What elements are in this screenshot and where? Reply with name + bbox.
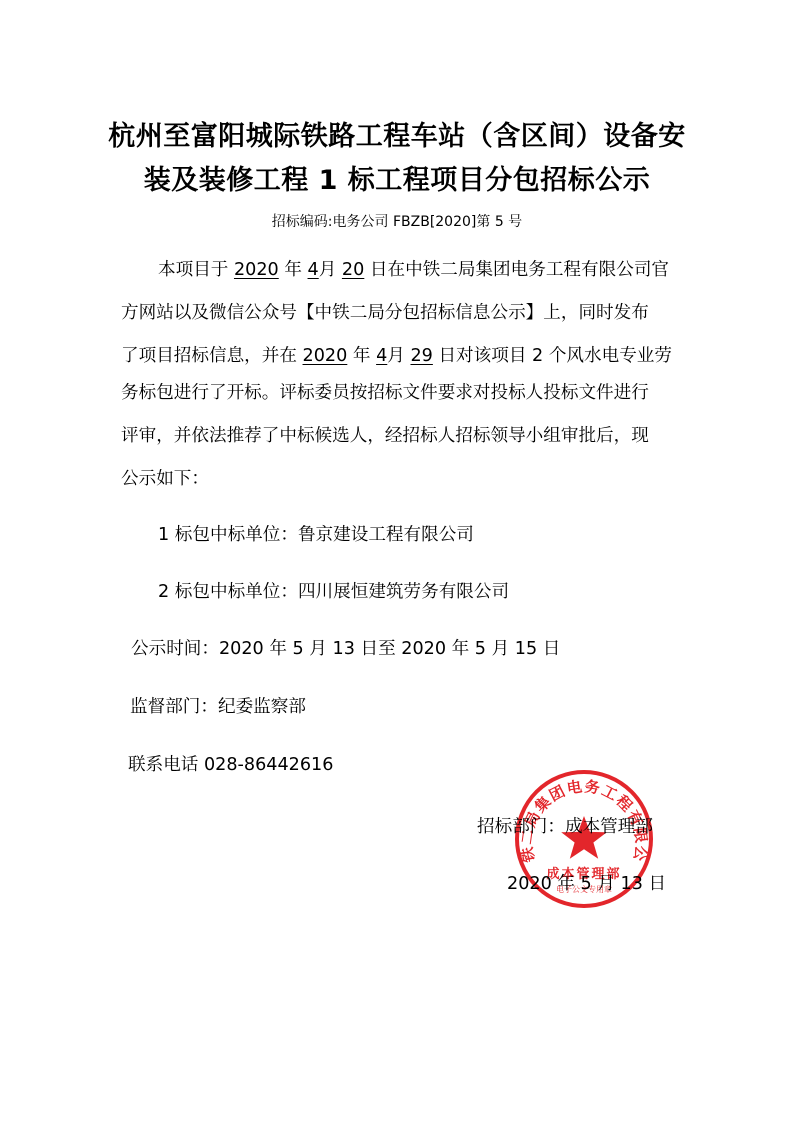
opening-month: 4 — [376, 346, 387, 366]
opening-year: 2020 — [303, 346, 348, 366]
title-line-2: 装及装修工程 1 标工程项目分包招标公示 — [0, 158, 794, 197]
text: 本项目于 — [158, 260, 234, 280]
winner-label: 1 标包中标单位： — [158, 525, 298, 545]
tender-department: 招标部门：成本管理部 — [477, 813, 653, 838]
announce-day: 20 — [342, 260, 364, 280]
publicity-period: 公示时间：2020 年 5 月 13 日至 2020 年 5 月 15 日 — [131, 639, 560, 659]
text: 年 — [279, 260, 308, 280]
winner-2: 2 标包中标单位：四川展恒建筑劳务有限公司 — [158, 582, 509, 602]
winner-company: 鲁京建设工程有限公司 — [298, 525, 474, 545]
body-line-1: 本项目于 2020 年 4月 20 日在中铁二局集团电务工程有限公司官 — [158, 260, 669, 280]
text: 月 — [319, 260, 342, 280]
text: 月 — [387, 346, 410, 366]
title-line-1: 杭州至富阳城际铁路工程车站（含区间）设备安 — [0, 114, 794, 153]
bid-code: 招标编码:电务公司 FBZB[2020]第 5 号 — [0, 211, 794, 231]
winner-label: 2 标包中标单位： — [158, 582, 298, 602]
supervision-department: 监督部门：纪委监察部 — [130, 697, 306, 717]
document-page: 杭州至富阳城际铁路工程车站（含区间）设备安 装及装修工程 1 标工程项目分包招标… — [0, 0, 794, 1123]
body-line-3: 了项目招标信息，并在 2020 年 4月 29 日对该项目 2 个风水电专业劳 — [121, 346, 672, 366]
body-line-2: 方网站以及微信公众号【中铁二局分包招标信息公示】上，同时发布 — [121, 303, 649, 323]
text: 年 — [347, 346, 376, 366]
body-line-4: 务标包进行了开标。评标委员按招标文件要求对投标人投标文件进行 — [121, 383, 649, 403]
text: 了项目招标信息，并在 — [121, 346, 303, 366]
announce-month: 4 — [308, 260, 319, 280]
winner-company: 四川展恒建筑劳务有限公司 — [298, 582, 509, 602]
text: 日在中铁二局集团电务工程有限公司官 — [364, 260, 669, 280]
text: 日对该项目 2 个风水电专业劳 — [433, 346, 672, 366]
winner-1: 1 标包中标单位：鲁京建设工程有限公司 — [158, 525, 474, 545]
body-line-5: 评审，并依法推荐了中标候选人，经招标人招标领导小组审批后，现 — [121, 426, 649, 446]
announce-year: 2020 — [234, 260, 279, 280]
contact-phone: 联系电话 028-86442616 — [128, 755, 333, 775]
body-line-6: 公示如下： — [121, 469, 209, 489]
signature-date: 2020 年 5 月 13 日 — [507, 870, 666, 895]
opening-day: 29 — [410, 346, 432, 366]
